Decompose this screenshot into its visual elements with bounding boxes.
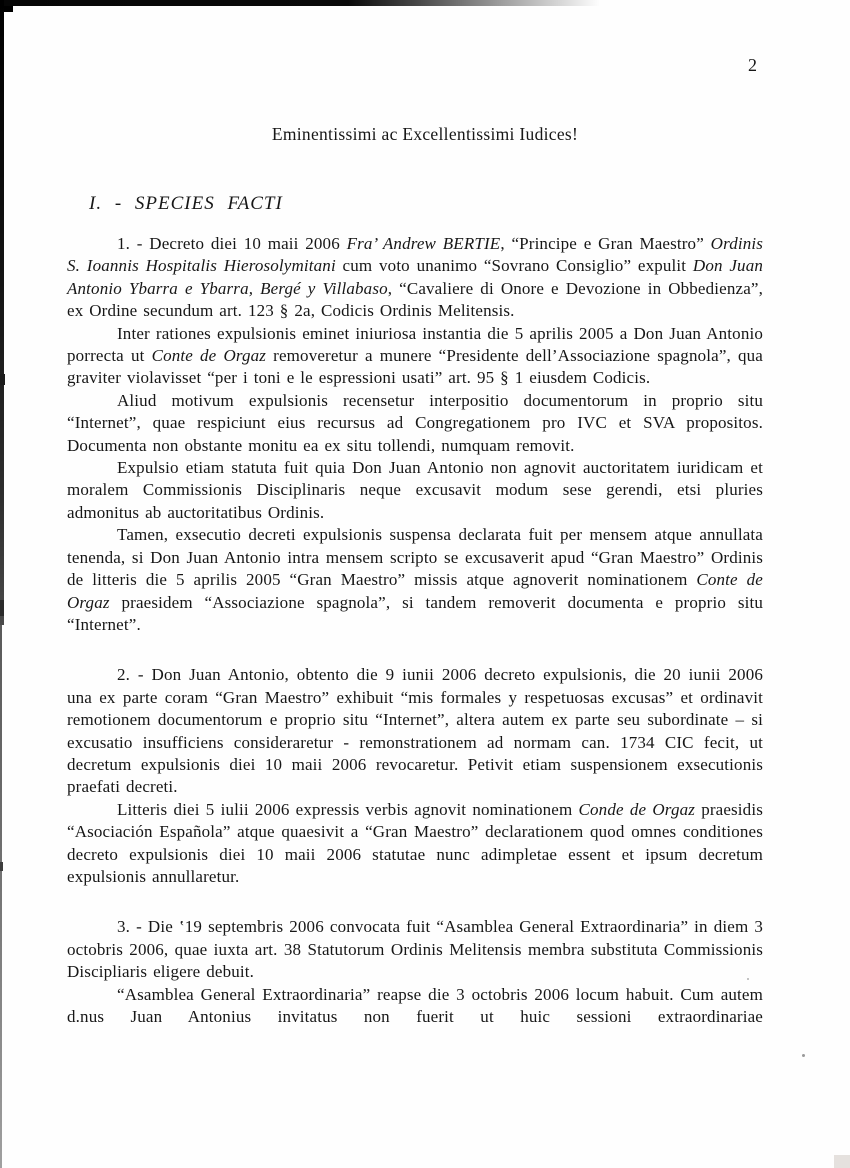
text-run: Aliud motivum expulsionis recensetur int… (67, 391, 763, 455)
paragraph-1c: Expulsio etiam statuta fuit quia Don Jua… (67, 457, 763, 524)
text-run: praesidem “Associazione spagnola”, si ta… (67, 593, 763, 634)
text-run: Tamen, exsecutio decreti expulsionis sus… (67, 525, 763, 589)
section-heading: I. - SPECIES FACTI (89, 193, 283, 215)
scan-artifact-left-tick (0, 600, 4, 616)
text-run: cum voto unanimo “Sovrano Consiglio” exp… (336, 256, 693, 275)
paragraph-2: 2. - Don Juan Antonio, obtento die 9 iun… (67, 664, 763, 798)
scan-artifact-left-edge-light (0, 625, 2, 1168)
text-run-italic: Conte de Orgaz (152, 346, 267, 365)
paragraph-3: 3. - Die ‛19 septembris 2006 convocata f… (67, 916, 763, 983)
scan-artifact-corner-blob (0, 0, 13, 12)
paragraph-1d: Tamen, exsecutio decreti expulsionis sus… (67, 524, 763, 636)
text-run-italic: Fra’ Andrew BERTIE (347, 234, 501, 253)
text-run: “Asamblea General Extraordinaria” reapse… (67, 985, 763, 1026)
paragraph-2a: Litteris diei 5 iulii 2006 expressis ver… (67, 799, 763, 889)
text-run: 1. - Decreto diei 10 maii 2006 (117, 234, 347, 253)
scan-artifact-left-tick (0, 862, 3, 871)
scan-artifact-left-tick (0, 374, 5, 385)
paragraph-1: 1. - Decreto diei 10 maii 2006 Fra’ Andr… (67, 233, 763, 323)
salutation-heading: Eminentissimi ac Excellentissimi Iudices… (0, 124, 850, 145)
text-run: 3. - Die ‛19 septembris 2006 convocata f… (67, 917, 763, 981)
scan-artifact-top-bar (0, 0, 600, 6)
page-number: 2 (748, 55, 757, 76)
scan-artifact-speck (802, 1054, 805, 1057)
text-run: 2. - Don Juan Antonio, obtento die 9 iun… (67, 665, 763, 796)
text-run: , “Principe e Gran Maestro” (500, 234, 710, 253)
paragraph-3a: “Asamblea General Extraordinaria” reapse… (67, 984, 763, 1029)
scan-artifact-corner-smudge (834, 1155, 850, 1168)
paragraph-1a: Inter rationes expulsionis eminet iniuri… (67, 323, 763, 390)
document-body: 1. - Decreto diei 10 maii 2006 Fra’ Andr… (67, 233, 763, 1028)
text-run: Litteris diei 5 iulii 2006 expressis ver… (117, 800, 579, 819)
paragraph-1b: Aliud motivum expulsionis recensetur int… (67, 390, 763, 457)
scan-artifact-left-edge-dark (0, 0, 4, 625)
text-run-italic: Conde de Orgaz (579, 800, 695, 819)
text-run: Expulsio etiam statuta fuit quia Don Jua… (67, 458, 763, 522)
document-page: 2 Eminentissimi ac Excellentissimi Iudic… (0, 0, 850, 1168)
